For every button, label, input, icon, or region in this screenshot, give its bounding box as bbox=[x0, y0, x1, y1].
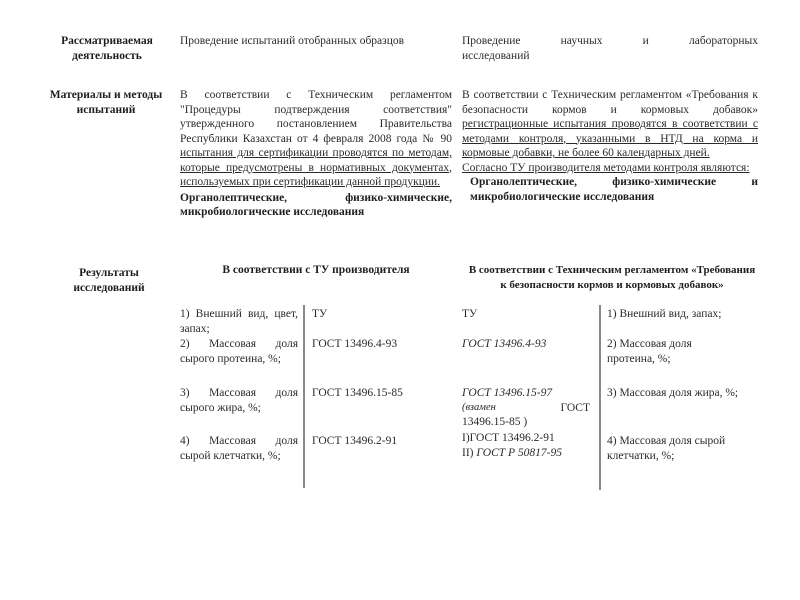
left-indicator-4: 4) Массовая доля сырой клетчатки, %; bbox=[180, 434, 298, 463]
activity-col2-line1: Проведение научных и лабораторных bbox=[462, 34, 758, 49]
methods-col1-intro: В соответствии с Техническим регламентом… bbox=[180, 89, 452, 145]
results-col2-header: В соответствии с Техническим регламентом… bbox=[466, 263, 758, 292]
right-method-3-main: ГОСТ 13496.15-97 bbox=[462, 386, 590, 401]
right-method-3-note-end: 13496.15-85 ) bbox=[462, 415, 590, 430]
right-method-3-note-prefix: (взамен bbox=[462, 401, 496, 416]
methods-col1-bold: Органолептические, физико-химические, ми… bbox=[180, 191, 452, 220]
left-indicator-3: 3) Массовая доля сырого жира, %; bbox=[180, 386, 298, 415]
row-label-results: Результаты исследований bbox=[56, 266, 162, 295]
column-divider-right bbox=[599, 305, 601, 490]
right-method-4: I)ГОСТ 13496.2-91 II) ГОСТ Р 50817-95 bbox=[462, 431, 590, 460]
right-method-3-note-gost: ГОСТ bbox=[560, 401, 590, 416]
right-method-1: ТУ bbox=[462, 307, 590, 322]
right-method-4-line2: II) ГОСТ Р 50817-95 bbox=[462, 446, 590, 461]
row-label-activity: Рассматриваемая деятельность bbox=[48, 34, 166, 63]
methods-col2-bold: Органолептические, физико-химические и м… bbox=[462, 175, 758, 204]
right-indicator-1: 1) Внешний вид, запах; bbox=[607, 307, 759, 322]
right-indicator-4: 4) Массовая доля сырой клетчатки, %; bbox=[607, 434, 757, 463]
methods-col2: В соответствии с Техническим регламентом… bbox=[462, 88, 758, 204]
left-indicator-2: 2) Массовая доля сырого протеина, %; bbox=[180, 337, 298, 366]
left-indicator-1: 1) Внешний вид, цвет, запах; bbox=[180, 307, 298, 336]
left-method-4: ГОСТ 13496.2-91 bbox=[312, 434, 452, 449]
right-method-2: ГОСТ 13496.4-93 bbox=[462, 337, 590, 352]
column-divider-left bbox=[303, 305, 305, 488]
activity-col2-line2: исследований bbox=[462, 49, 758, 64]
row-label-methods: Материалы и методы испытаний bbox=[44, 88, 168, 117]
left-method-2: ГОСТ 13496.4-93 bbox=[312, 337, 452, 352]
right-method-4-line1: I)ГОСТ 13496.2-91 bbox=[462, 431, 590, 446]
right-method-4-line2-prefix: II) bbox=[462, 447, 476, 459]
right-method-3: ГОСТ 13496.15-97 (взамен ГОСТ 13496.15-8… bbox=[462, 386, 590, 430]
methods-col1-underlined: испытания для сертификации проводятся по… bbox=[180, 147, 452, 188]
left-method-1: ТУ bbox=[312, 307, 452, 322]
left-method-3: ГОСТ 13496.15-85 bbox=[312, 386, 452, 401]
activity-col2: Проведение научных и лабораторных исслед… bbox=[462, 34, 758, 63]
methods-col2-intro: В соответствии с Техническим регламентом… bbox=[462, 89, 758, 116]
methods-col2-underlined: регистрационные испытания проводятся в с… bbox=[462, 118, 758, 159]
activity-col1: Проведение испытаний отобранных образцов bbox=[180, 34, 452, 49]
right-method-3-note: (взамен ГОСТ bbox=[462, 401, 590, 416]
right-indicator-2: 2) Массовая доля протеина, %; bbox=[607, 337, 717, 366]
methods-col2-underlined2: Согласно ТУ производителя методами контр… bbox=[462, 161, 758, 176]
right-indicator-3: 3) Массовая доля жира, %; bbox=[607, 386, 747, 401]
methods-col1: В соответствии с Техническим регламентом… bbox=[180, 88, 452, 220]
right-method-4-line2-gost: ГОСТ Р 50817-95 bbox=[476, 447, 562, 459]
results-col1-header: В соответствии с ТУ производителя bbox=[180, 263, 452, 278]
